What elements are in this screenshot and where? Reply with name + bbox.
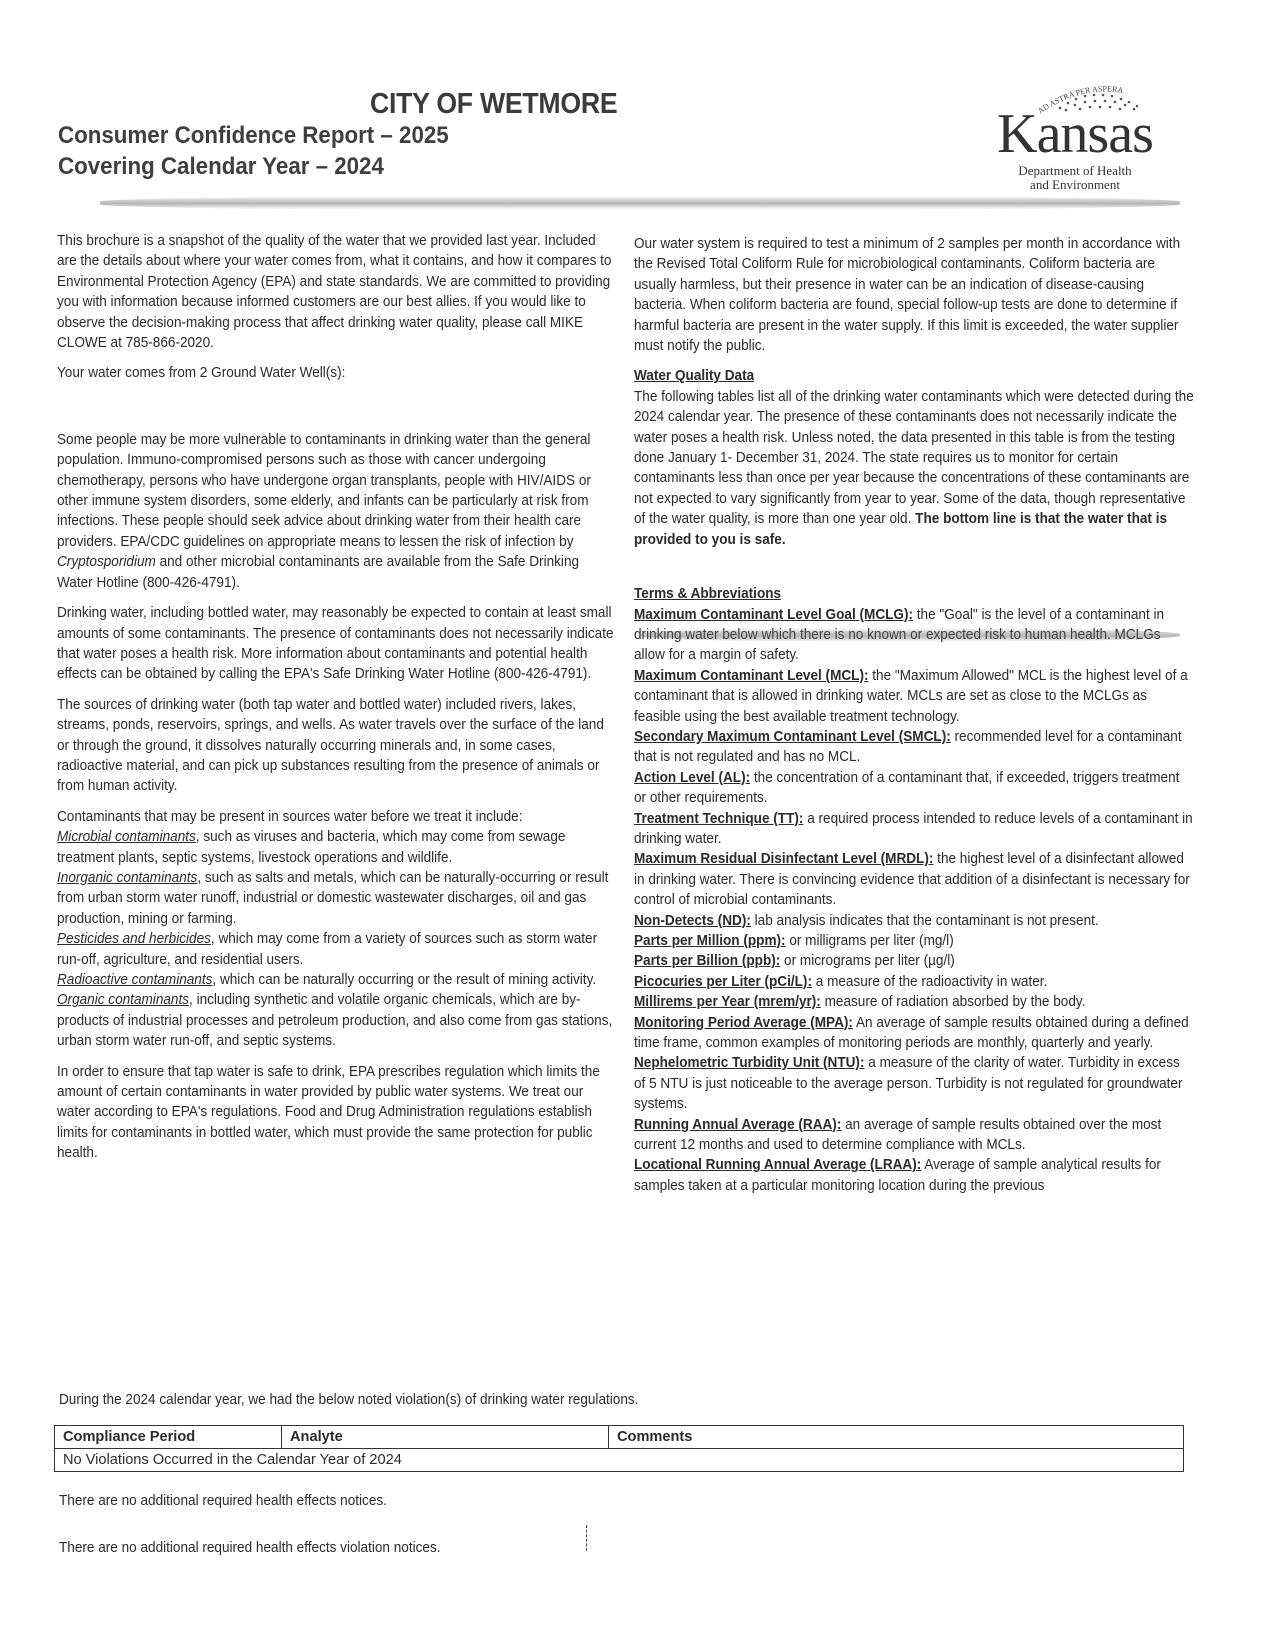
term-item: Secondary Maximum Contaminant Level (SMC… (634, 727, 1194, 768)
term-item: Non-Detects (ND): lab analysis indicates… (634, 911, 1194, 931)
column-header-analyte: Analyte (282, 1426, 609, 1449)
table-row: No Violations Occurred in the Calendar Y… (55, 1449, 1184, 1472)
health-effects-notice: There are no additional required health … (59, 1493, 387, 1509)
term-item: Treatment Technique (TT): a required pro… (634, 809, 1194, 850)
water-quality-heading: Water Quality Data (634, 366, 1194, 386)
term-item: Monitoring Period Average (MPA): An aver… (634, 1013, 1194, 1054)
term-item: Action Level (AL): the concentration of … (634, 768, 1194, 809)
regulation-paragraph: In order to ensure that tap water is saf… (57, 1062, 615, 1164)
term-item: Parts per Million (ppm): or milligrams p… (634, 931, 1194, 951)
scan-mark (586, 1525, 589, 1551)
coliform-paragraph: Our water system is required to test a m… (634, 234, 1194, 356)
term-item: Maximum Residual Disinfectant Level (MRD… (634, 849, 1194, 910)
term-item: Locational Running Annual Average (LRAA)… (634, 1155, 1194, 1196)
section-divider (640, 628, 1180, 642)
right-column: Our water system is required to test a m… (634, 234, 1194, 1196)
intro-paragraph: This brochure is a snapshot of the quali… (57, 231, 615, 353)
left-column: This brochure is a snapshot of the quali… (57, 231, 615, 1174)
water-source: Your water comes from 2 Ground Water Wel… (57, 363, 615, 383)
covering-year: Covering Calendar Year – 2024 (58, 153, 384, 181)
violations-intro: During the 2024 calendar year, we had th… (59, 1392, 638, 1408)
terms-heading: Terms & Abbreviations (634, 584, 1194, 604)
column-header-comments: Comments (609, 1426, 1184, 1449)
logo-department: Department of Health and Environment (980, 164, 1170, 192)
water-quality-paragraph: The following tables list all of the dri… (634, 387, 1194, 550)
column-header-compliance-period: Compliance Period (55, 1426, 282, 1449)
header-divider (100, 196, 1180, 210)
terms-list: Terms & Abbreviations Maximum Contaminan… (634, 584, 1194, 1196)
logo-wordmark: Kansas (980, 106, 1170, 162)
term-item: Nephelometric Turbidity Unit (NTU): a me… (634, 1053, 1194, 1114)
violation-notice: There are no additional required health … (59, 1540, 441, 1556)
bottled-water-paragraph: Drinking water, including bottled water,… (57, 603, 615, 685)
table-cell: No Violations Occurred in the Calendar Y… (55, 1449, 1184, 1472)
term-item: Running Annual Average (RAA): an average… (634, 1115, 1194, 1156)
term-item: Millirems per Year (mrem/yr): measure of… (634, 992, 1194, 1012)
sources-paragraph: The sources of drinking water (both tap … (57, 695, 615, 797)
term-item: Parts per Billion (ppb): or micrograms p… (634, 951, 1194, 971)
contaminants-paragraph: Contaminants that may be present in sour… (57, 807, 615, 1052)
term-item: Picocuries per Liter (pCi/L): a measure … (634, 972, 1194, 992)
kdhe-logo: AD ASTRA PER ASPERA Kansas Department of… (980, 78, 1170, 198)
city-title: CITY OF WETMORE (370, 88, 617, 121)
violations-table: Compliance Period Analyte Comments No Vi… (54, 1425, 1184, 1472)
term-item: Maximum Contaminant Level (MCL): the "Ma… (634, 666, 1194, 727)
report-title: Consumer Confidence Report – 2025 (58, 122, 449, 150)
vulnerable-paragraph: Some people may be more vulnerable to co… (57, 430, 615, 593)
